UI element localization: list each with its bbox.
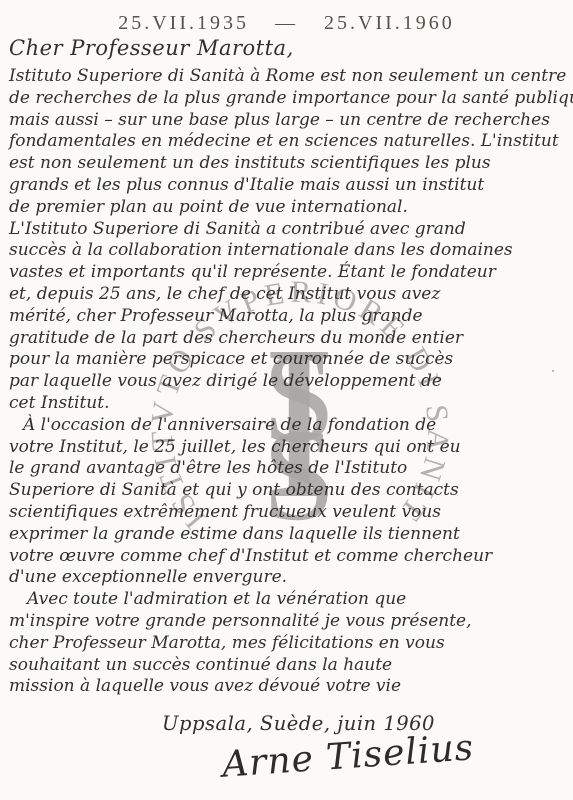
paragraph-3: À l'occasion de l'anniversaire de la fon… [9, 415, 571, 589]
date-range-header: 25.VII.1935 — 25.VII.1960 [0, 12, 573, 35]
closing-place-date: Uppsala, Suède, juin 1960 [12, 712, 573, 735]
paragraph-4: Avec toute l'admiration et la vénération… [9, 589, 571, 698]
signature-arne-tiselius: Arne Tiselius [221, 727, 475, 785]
greeting-line: Cher Professeur Marotta, [9, 36, 294, 60]
paragraph-1: Istituto Superiore di Sanità à Rome est … [9, 66, 571, 219]
letter-document: I S S ISTITVTO SVPERIORE DI SANITÀ 25.VI… [0, 0, 573, 800]
paragraph-2: L'Istituto Superiore di Sanità a contrib… [9, 219, 571, 415]
letter-body: Istituto Superiore di Sanità à Rome est … [9, 66, 571, 698]
